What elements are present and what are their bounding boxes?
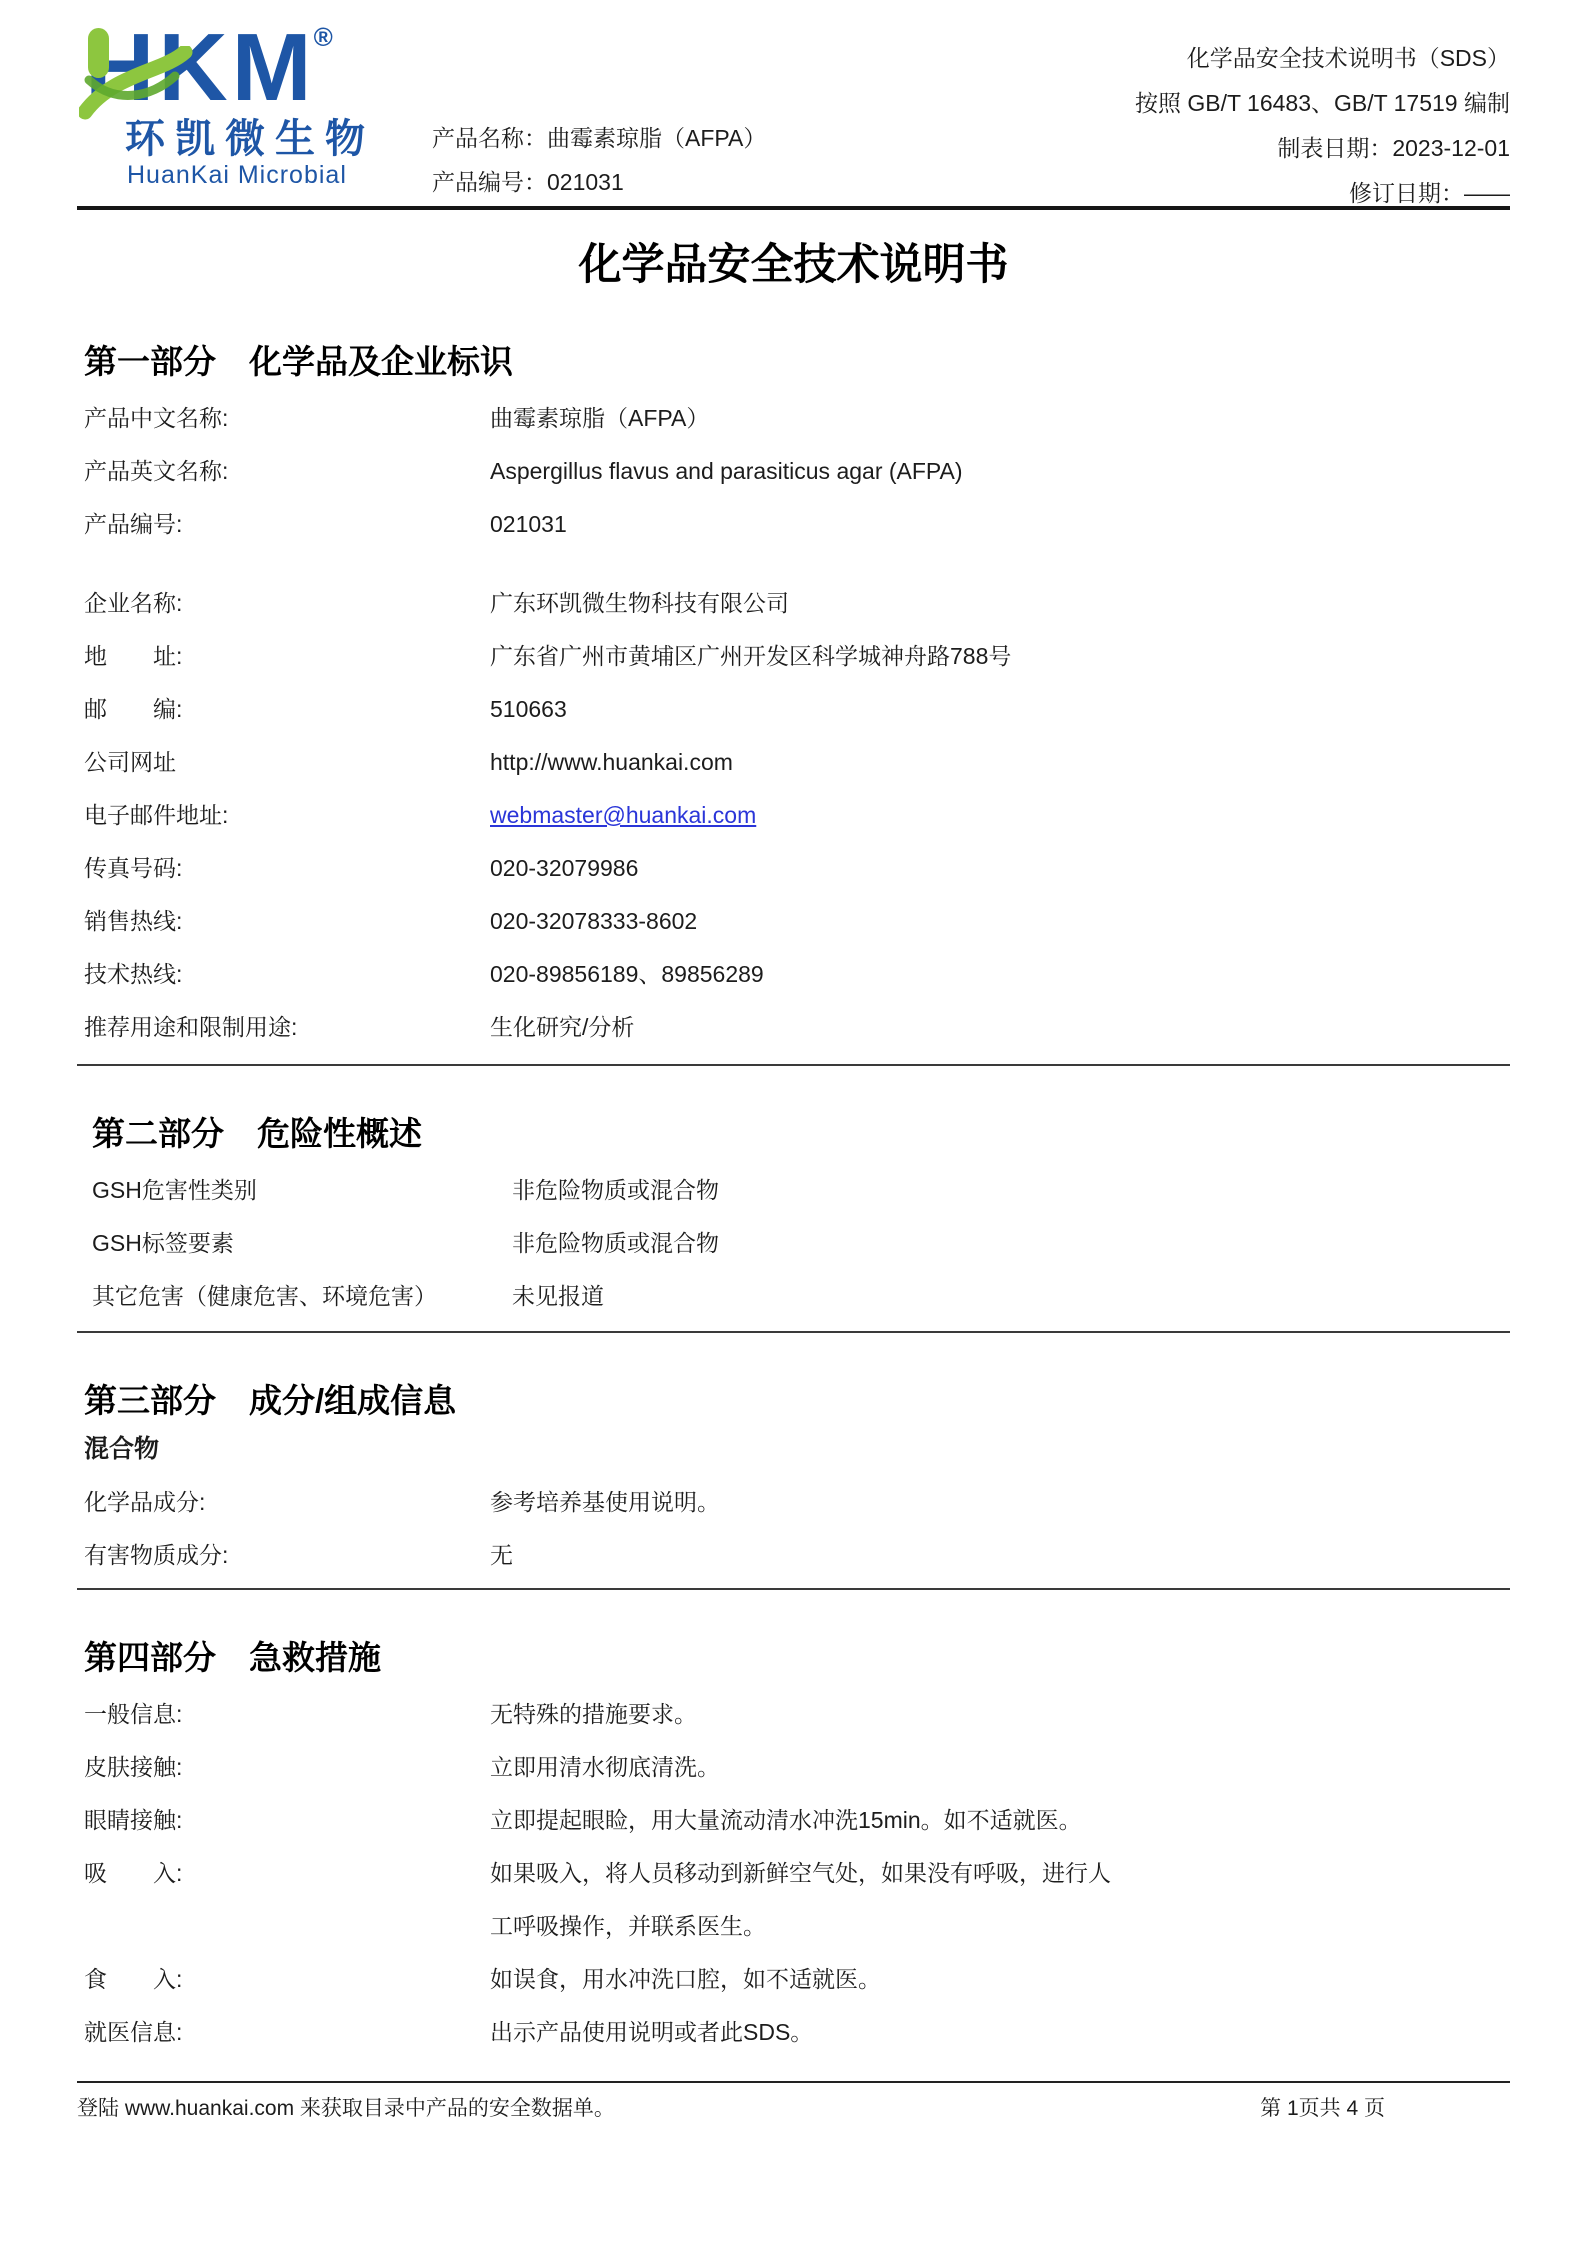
section-4-heading: 第四部分 急救措施 — [84, 1636, 1510, 1680]
field-label: 产品中文名称: — [84, 392, 490, 445]
row-fax: 传真号码:020-32079986 — [84, 842, 1510, 895]
section-3-heading: 第三部分 成分/组成信息 — [84, 1379, 1510, 1423]
section-1-divider — [77, 1064, 1510, 1066]
row-postal-code: 邮 编:510663 — [84, 683, 1510, 736]
field-label: 公司网址 — [84, 736, 490, 789]
row-eye-contact: 眼睛接触:立即提起眼睑，用大量流动清水冲洗15min。如不适就医。 — [84, 1794, 1510, 1847]
field-value: 510663 — [490, 683, 567, 736]
section-2-heading: 第二部分 危险性概述 — [92, 1112, 1510, 1156]
header-meta-block: 化学品安全技术说明书（SDS） 按照 GB/T 16483、GB/T 17519… — [1135, 36, 1510, 216]
field-value: 非危险物质或混合物 — [512, 1164, 719, 1217]
field-label: 一般信息: — [84, 1688, 490, 1741]
field-value: 无特殊的措施要求。 — [490, 1688, 697, 1741]
field-label: 传真号码: — [84, 842, 490, 895]
header: HKM® 环凯微生物 HuanKai Microbial 产品名称：曲霉素琼脂（… — [77, 24, 1510, 206]
row-product-code: 产品编号:021031 — [84, 498, 1510, 551]
document-title: 化学品安全技术说明书 — [77, 236, 1510, 294]
row-company-name: 企业名称:广东环凯微生物科技有限公司 — [84, 577, 1510, 630]
footer-note: 登陆 www.huankai.com 来获取目录中产品的安全数据单。 — [77, 2095, 615, 2123]
field-value: 参考培养基使用说明。 — [490, 1476, 720, 1529]
footer: 登陆 www.huankai.com 来获取目录中产品的安全数据单。 第 1页共… — [77, 2095, 1510, 2123]
field-value: 020-32079986 — [490, 842, 638, 895]
field-value: 非危险物质或混合物 — [512, 1217, 719, 1270]
row-skin-contact: 皮肤接触:立即用清水彻底清洗。 — [84, 1741, 1510, 1794]
product-name-line: 产品名称：曲霉素琼脂（AFPA） — [432, 116, 766, 160]
section-4-rows: 一般信息:无特殊的措施要求。 皮肤接触:立即用清水彻底清洗。 眼睛接触:立即提起… — [77, 1680, 1510, 2059]
section-1-heading: 第一部分 化学品及企业标识 — [84, 340, 1510, 384]
row-recommended-use: 推荐用途和限制用途:生化研究/分析 — [84, 1001, 1510, 1054]
row-ghs-label-elements: GSH标签要素非危险物质或混合物 — [92, 1217, 1510, 1270]
section-1-identification: 第一部分 化学品及企业标识 产品中文名称:曲霉素琼脂（AFPA） 产品英文名称:… — [77, 340, 1510, 1066]
logo-name-english: HuanKai Microbial — [127, 162, 415, 190]
row-product-name-cn: 产品中文名称:曲霉素琼脂（AFPA） — [84, 392, 1510, 445]
field-value: 广东环凯微生物科技有限公司 — [490, 577, 789, 630]
section-3-composition: 第三部分 成分/组成信息 混合物 化学品成分:参考培养基使用说明。 有害物质成分… — [77, 1379, 1510, 1590]
row-tech-hotline: 技术热线:020-89856189、89856289 — [84, 948, 1510, 1001]
row-medical-info: 就医信息:出示产品使用说明或者此SDS。 — [84, 2006, 1510, 2059]
section-1-rows: 产品中文名称:曲霉素琼脂（AFPA） 产品英文名称:Aspergillus fl… — [77, 384, 1510, 1054]
mixture-subheading: 混合物 — [84, 1423, 1510, 1476]
field-label: 化学品成分: — [84, 1476, 490, 1529]
company-logo: HKM® 环凯微生物 HuanKai Microbial — [85, 24, 415, 190]
section-2-hazards: 第二部分 危险性概述 GSH危害性类别非危险物质或混合物 GSH标签要素非危险物… — [77, 1112, 1510, 1333]
row-other-hazards: 其它危害（健康危害、环境危害）未见报道 — [92, 1270, 1510, 1323]
field-label: 眼睛接触: — [84, 1794, 490, 1847]
field-label: 企业名称: — [84, 577, 490, 630]
field-value: 立即用清水彻底清洗。 — [490, 1741, 720, 1794]
logo-dna-swirl-icon — [79, 46, 209, 126]
row-email: 电子邮件地址:webmaster@huankai.com — [84, 789, 1510, 842]
section-3-divider — [77, 1588, 1510, 1590]
field-label: 就医信息: — [84, 2006, 490, 2059]
field-value: 生化研究/分析 — [490, 1001, 634, 1054]
field-value: 021031 — [490, 498, 567, 551]
field-label: 推荐用途和限制用途: — [84, 1001, 490, 1054]
field-value: Aspergillus flavus and parasiticus agar … — [490, 445, 963, 498]
row-hazardous-components: 有害物质成分:无 — [84, 1529, 1510, 1582]
page-number: 第 1页共 4 页 — [1260, 2095, 1385, 2123]
field-label: GSH标签要素 — [92, 1217, 512, 1270]
revised-date-line: 修订日期：—— — [1135, 171, 1510, 216]
section-4-first-aid: 第四部分 急救措施 一般信息:无特殊的措施要求。 皮肤接触:立即用清水彻底清洗。… — [77, 1636, 1510, 2059]
field-label: 产品编号: — [84, 498, 490, 551]
email-link[interactable]: webmaster@huankai.com — [490, 789, 756, 842]
field-label: 其它危害（健康危害、环境危害） — [92, 1270, 512, 1323]
field-label: 吸 入: — [84, 1847, 490, 1900]
row-ingestion: 食 入:如误食，用水冲洗口腔，如不适就医。 — [84, 1953, 1510, 2006]
product-code-line: 产品编号：021031 — [432, 160, 766, 204]
created-date-line: 制表日期：2023-12-01 — [1135, 126, 1510, 171]
field-value: 未见报道 — [512, 1270, 604, 1323]
standard-line: 按照 GB/T 16483、GB/T 17519 编制 — [1135, 81, 1510, 126]
field-value: 020-89856189、89856289 — [490, 948, 764, 1001]
field-label: 销售热线: — [84, 895, 490, 948]
row-product-name-en: 产品英文名称:Aspergillus flavus and parasiticu… — [84, 445, 1510, 498]
section-2-rows: GSH危害性类别非危险物质或混合物 GSH标签要素非危险物质或混合物 其它危害（… — [77, 1156, 1510, 1323]
row-ghs-hazard-class: GSH危害性类别非危险物质或混合物 — [92, 1164, 1510, 1217]
row-website: 公司网址http://www.huankai.com — [84, 736, 1510, 789]
row-sales-hotline: 销售热线:020-32078333-8602 — [84, 895, 1510, 948]
header-product-block: 产品名称：曲霉素琼脂（AFPA） 产品编号：021031 — [432, 116, 766, 204]
footer-divider — [77, 2081, 1510, 2083]
field-label: 地 址: — [84, 630, 490, 683]
field-label: 食 入: — [84, 1953, 490, 2006]
field-value: 曲霉素琼脂（AFPA） — [490, 392, 709, 445]
field-value: 无 — [490, 1529, 513, 1582]
field-value: 如误食，用水冲洗口腔，如不适就医。 — [490, 1953, 881, 2006]
field-value: 广东省广州市黄埔区广州开发区科学城神舟路788号 — [490, 630, 1011, 683]
field-value: 如果吸入，将人员移动到新鲜空气处，如果没有呼吸，进行人工呼吸操作，并联系医生。 — [490, 1847, 1130, 1953]
row-inhalation: 吸 入:如果吸入，将人员移动到新鲜空气处，如果没有呼吸，进行人工呼吸操作，并联系… — [84, 1847, 1510, 1953]
section-3-rows: 化学品成分:参考培养基使用说明。 有害物质成分:无 — [77, 1476, 1510, 1582]
field-label: 有害物质成分: — [84, 1529, 490, 1582]
row-general-info: 一般信息:无特殊的措施要求。 — [84, 1688, 1510, 1741]
section-2-divider — [77, 1331, 1510, 1333]
field-value: 出示产品使用说明或者此SDS。 — [490, 2006, 813, 2059]
logo-brand-text: HKM® — [85, 24, 415, 112]
field-value: http://www.huankai.com — [490, 736, 733, 789]
row-address: 地 址:广东省广州市黄埔区广州开发区科学城神舟路788号 — [84, 630, 1510, 683]
field-label: 产品英文名称: — [84, 445, 490, 498]
field-value: 立即提起眼睑，用大量流动清水冲洗15min。如不适就医。 — [490, 1794, 1082, 1847]
row-chemical-composition: 化学品成分:参考培养基使用说明。 — [84, 1476, 1510, 1529]
field-label: 技术热线: — [84, 948, 490, 1001]
sds-document-page: HKM® 环凯微生物 HuanKai Microbial 产品名称：曲霉素琼脂（… — [0, 0, 1587, 2245]
registered-trademark-icon: ® — [314, 22, 333, 52]
field-label: GSH危害性类别 — [92, 1164, 512, 1217]
field-label: 皮肤接触: — [84, 1741, 490, 1794]
field-label: 邮 编: — [84, 683, 490, 736]
doc-type-line: 化学品安全技术说明书（SDS） — [1135, 36, 1510, 81]
field-label: 电子邮件地址: — [84, 789, 490, 842]
field-value: 020-32078333-8602 — [490, 895, 697, 948]
